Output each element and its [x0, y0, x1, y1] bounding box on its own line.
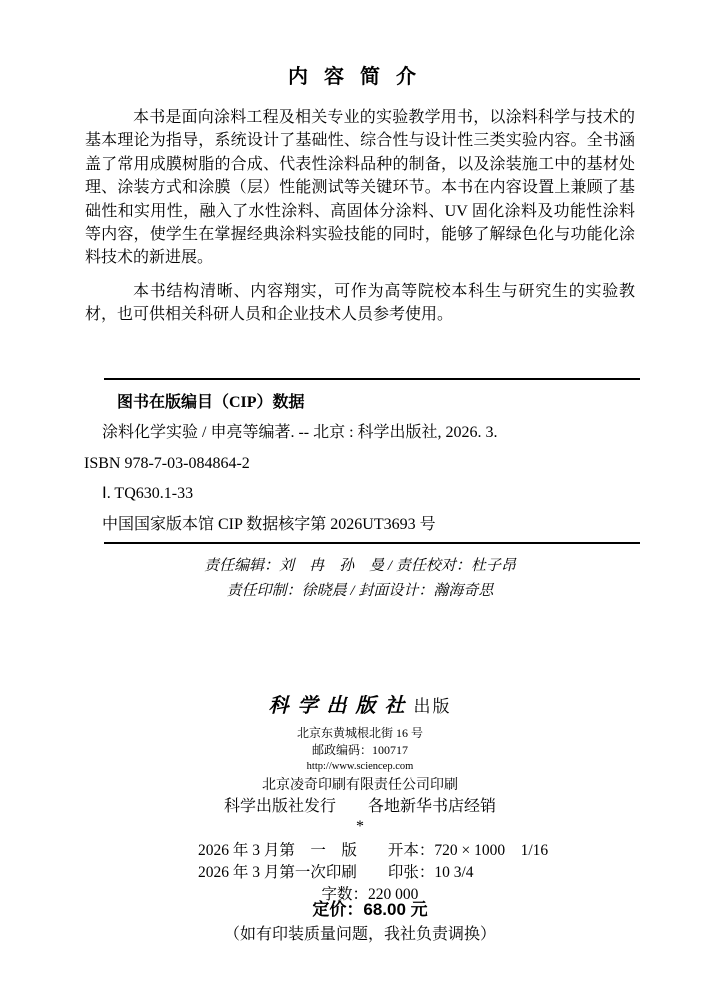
staff-credits: 责任编辑：刘 冉 孙 曼 / 责任校对：杜子昂 责任印制：徐晓晨 / 封面设计：…	[0, 554, 720, 604]
publisher-block: 科学出版社出版 北京东黄城根北街 16 号 邮政编码：100717 http:/…	[0, 693, 720, 837]
intro-paragraph-2: 本书结构清晰、内容翔实，可作为高等院校本科生与研究生的实验教材，也可供相关科研人…	[85, 280, 635, 327]
copyright-page: 内容简介 本书是面向涂料工程及相关专业的实验教学用书，以涂料科学与技术的基本理论…	[0, 0, 720, 1000]
cip-record-number: 中国国家版本馆 CIP 数据核字第 2026UT3693 号	[102, 510, 640, 540]
quality-note: （如有印装质量问题，我社负责调换）	[0, 923, 720, 947]
printer-line: 北京凌奇印刷有限责任公司印刷	[0, 776, 720, 796]
publisher-website: http://www.sciencep.com	[0, 759, 720, 774]
staff-print-design-line: 责任印制：徐晓晨 / 封面设计：瀚海奇思	[0, 579, 720, 604]
edition-line-1: 2026 年 3 月第 一 版 开本：720 × 1000 1/16	[198, 840, 720, 862]
cip-entry: 涂料化学实验 / 申亮等编著. -- 北京 : 科学出版社, 2026. 3.	[102, 418, 640, 448]
cip-data-box: 图书在版编目（CIP）数据 涂料化学实验 / 申亮等编著. -- 北京 : 科学…	[104, 378, 640, 544]
cip-class-code: Ⅰ. TQ630.1-33	[102, 479, 640, 509]
staff-editors-line: 责任编辑：刘 冉 孙 曼 / 责任校对：杜子昂	[0, 554, 720, 579]
page-title: 内容简介	[0, 60, 720, 89]
cip-heading: 图书在版编目（CIP）数据	[117, 388, 640, 418]
isbn-number: ISBN 978-7-03-084864-2	[84, 449, 640, 479]
distribution-line: 科学出版社发行 各地新华书店经销	[0, 796, 720, 817]
edition-info: 2026 年 3 月第 一 版 开本：720 × 1000 1/16 2026 …	[0, 840, 720, 906]
publisher-logo-line: 科学出版社出版	[0, 693, 720, 721]
intro-paragraph-1: 本书是面向涂料工程及相关专业的实验教学用书，以涂料科学与技术的基本理论为指导，系…	[85, 106, 635, 270]
publisher-address: 北京东黄城根北街 16 号	[0, 724, 720, 742]
publisher-postcode: 邮政编码：100717	[0, 742, 720, 759]
publisher-logo: 科学出版社	[269, 695, 414, 717]
price-line: 定价：68.00 元	[0, 898, 720, 922]
separator-star: *	[0, 817, 720, 837]
edition-line-2: 2026 年 3 月第一次印刷 印张：10 3/4	[198, 862, 720, 884]
publisher-logo-suffix: 出版	[414, 697, 452, 716]
intro-section: 本书是面向涂料工程及相关专业的实验教学用书，以涂料科学与技术的基本理论为指导，系…	[85, 106, 635, 327]
